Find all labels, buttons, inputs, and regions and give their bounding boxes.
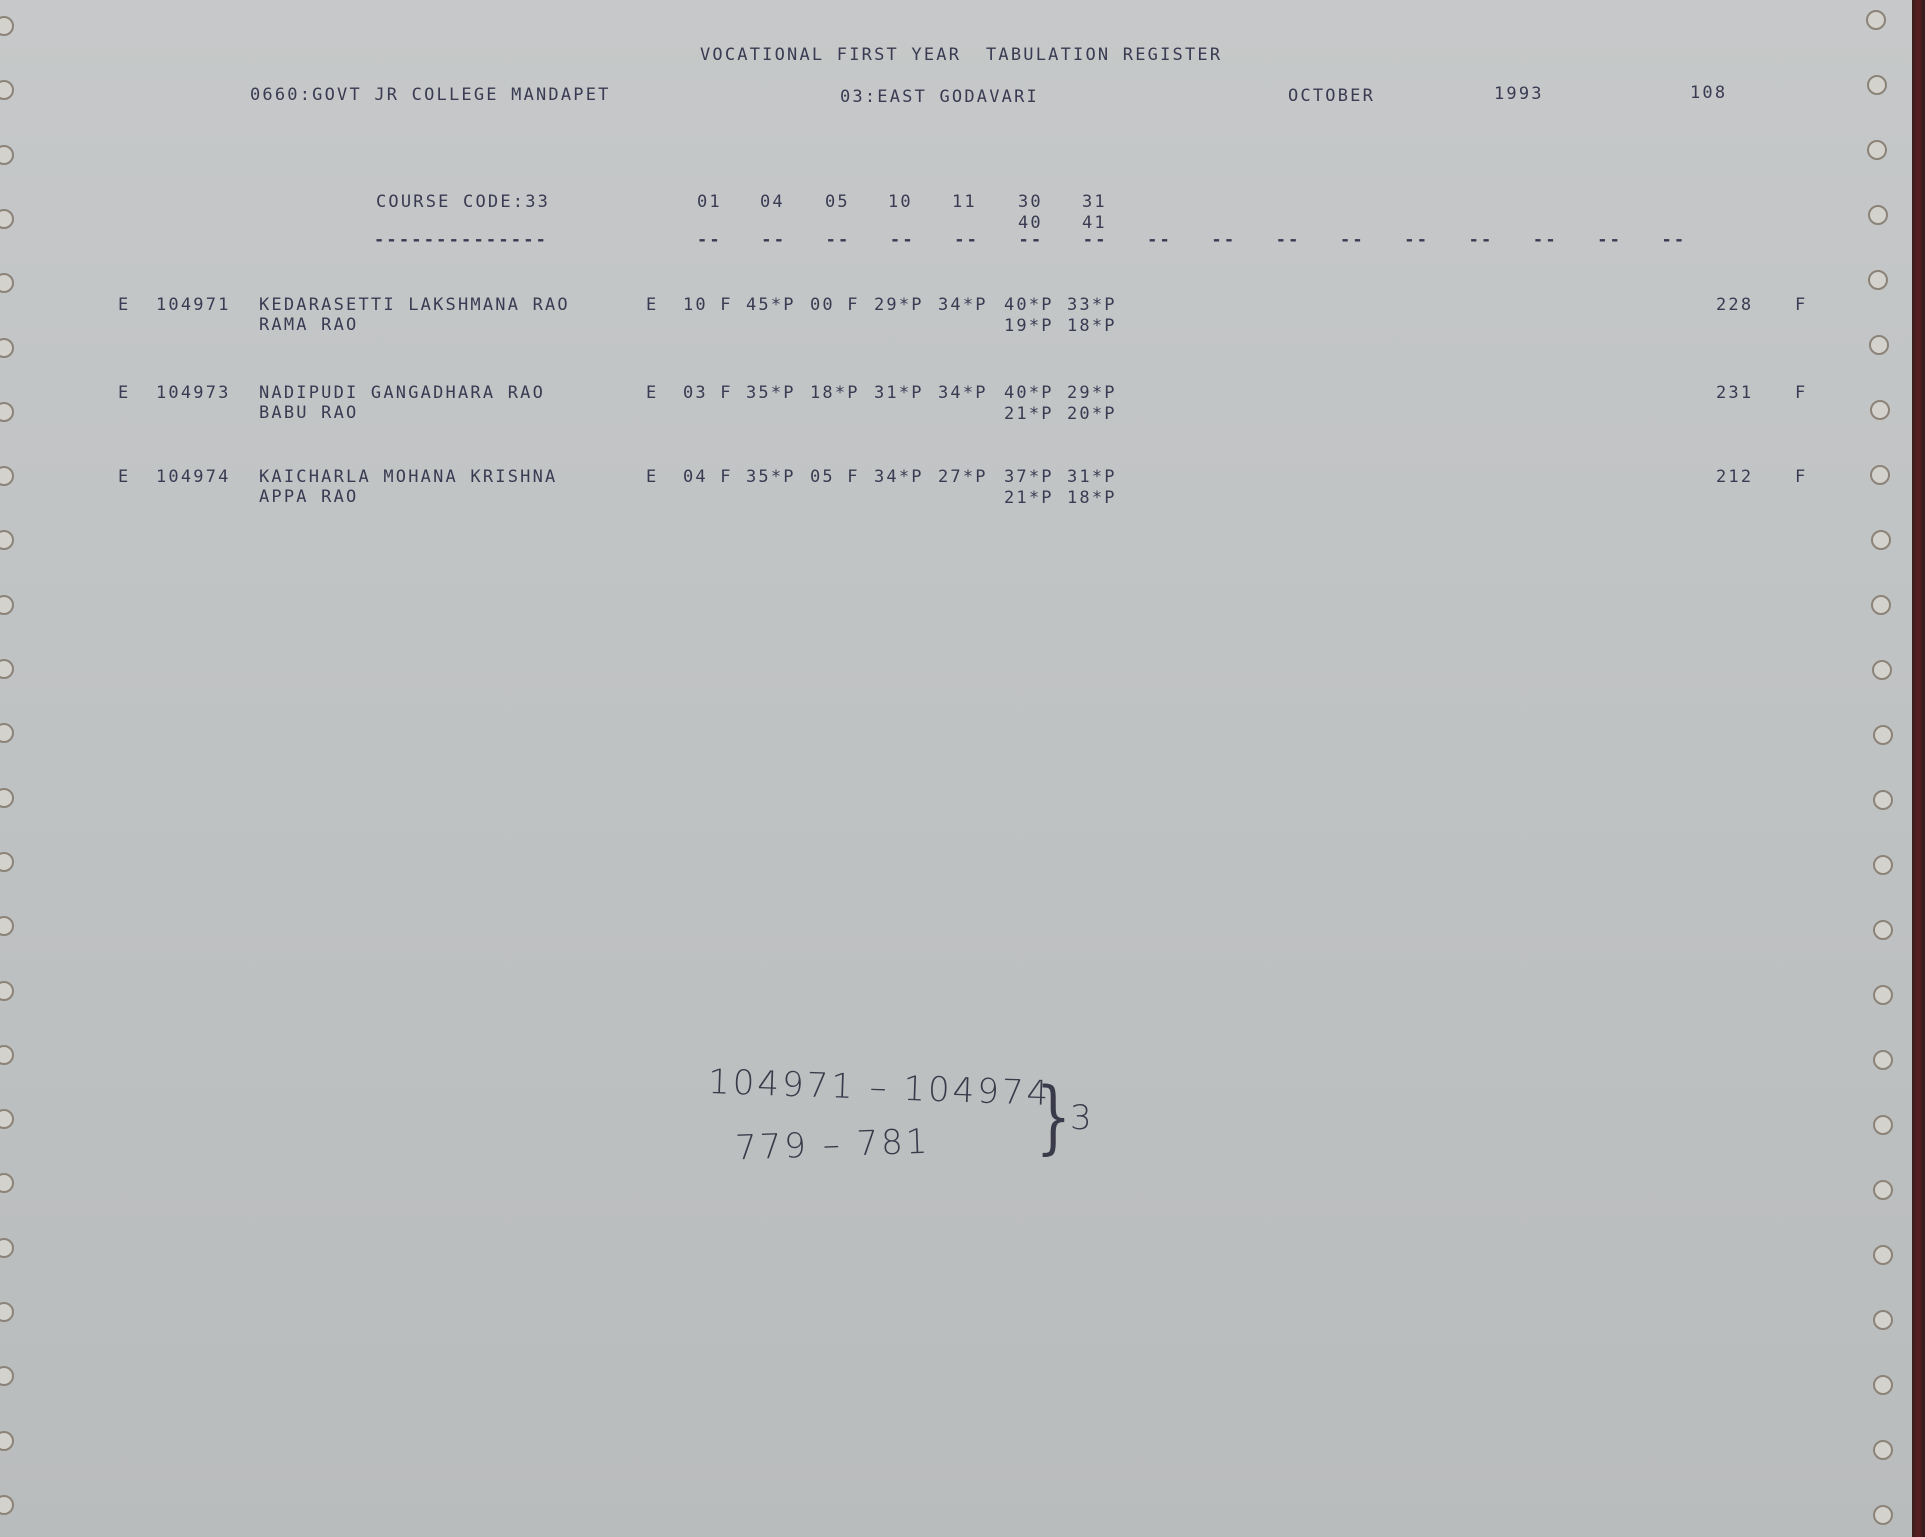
student-category: E: [118, 467, 130, 487]
feed-hole-icon: [0, 659, 14, 679]
total-marks: 231: [1716, 383, 1753, 403]
student-name: KEDARASETTI LAKSHMANA RAO: [259, 295, 570, 315]
feed-hole-icon: [1873, 1050, 1893, 1070]
feed-hole-icon: [1873, 1440, 1893, 1460]
column-dash: --: [1276, 230, 1301, 250]
subject-mark: 34*P: [938, 383, 988, 403]
feed-hole-icon: [1870, 400, 1890, 420]
subject-mark-secondary: 18*P: [1067, 488, 1117, 508]
column-dash: --: [954, 230, 979, 250]
roll-number: 104974: [156, 467, 231, 487]
subject-mark: 27*P: [938, 467, 988, 487]
feed-hole-icon: [0, 1366, 14, 1386]
column-dash: --: [890, 230, 915, 250]
feed-hole-icon: [1869, 335, 1889, 355]
handwritten-count: 3: [1070, 1098, 1095, 1138]
column-dash: --: [826, 230, 851, 250]
feed-hole-icon: [0, 273, 14, 293]
feed-hole-icon: [0, 723, 14, 743]
subject-mark: 00 F: [810, 295, 860, 315]
subject-mark: 31*P: [874, 383, 924, 403]
college-name: 0660:GOVT JR COLLEGE MANDAPET: [250, 85, 611, 105]
feed-hole-icon: [0, 16, 14, 36]
column-dash: --: [1597, 230, 1622, 250]
printout-page: VOCATIONAL FIRST YEAR TABULATION REGISTE…: [0, 0, 1912, 1537]
binder-edge: [1912, 0, 1925, 1537]
subject-mark-secondary: 20*P: [1067, 404, 1117, 424]
feed-hole-icon: [1873, 725, 1893, 745]
total-marks: 212: [1716, 467, 1753, 487]
father-name: RAMA RAO: [259, 315, 358, 335]
feed-hole-icon: [1873, 1115, 1893, 1135]
subject-code: 30: [1018, 192, 1043, 212]
total-marks: 228: [1716, 295, 1753, 315]
medium-code: E: [646, 295, 658, 315]
course-code-label: COURSE CODE:33: [376, 192, 550, 212]
feed-hole-icon: [0, 1302, 14, 1322]
feed-hole-icon: [0, 1431, 14, 1451]
subject-mark: 33*P: [1067, 295, 1117, 315]
student-name: KAICHARLA MOHANA KRISHNA: [259, 467, 557, 487]
column-dash: --: [1533, 230, 1558, 250]
result-status: F: [1795, 467, 1807, 487]
feed-hole-icon: [0, 1173, 14, 1193]
medium-code: E: [646, 383, 658, 403]
feed-hole-icon: [0, 530, 14, 550]
feed-hole-icon: [1868, 270, 1888, 290]
feed-hole-icon: [1866, 10, 1886, 30]
feed-hole-icon: [0, 916, 14, 936]
subject-mark: 31*P: [1067, 467, 1117, 487]
subject-mark: 37*P: [1004, 467, 1054, 487]
column-dash: --: [1340, 230, 1365, 250]
subject-mark: 35*P: [746, 383, 796, 403]
roll-number: 104973: [156, 383, 231, 403]
subject-code: 04: [760, 192, 785, 212]
subject-code: 01: [697, 192, 722, 212]
feed-hole-icon: [0, 1495, 14, 1515]
feed-hole-icon: [1873, 1375, 1893, 1395]
student-category: E: [118, 383, 130, 403]
feed-hole-icon: [1873, 920, 1893, 940]
subject-mark-secondary: 21*P: [1004, 488, 1054, 508]
feed-hole-icon: [1873, 1245, 1893, 1265]
feed-hole-icon: [1873, 790, 1893, 810]
subject-mark: 29*P: [1067, 383, 1117, 403]
student-name: NADIPUDI GANGADHARA RAO: [259, 383, 545, 403]
feed-hole-icon: [0, 1045, 14, 1065]
feed-hole-icon: [1871, 595, 1891, 615]
subject-mark-secondary: 18*P: [1067, 316, 1117, 336]
feed-hole-icon: [0, 80, 14, 100]
subject-mark: 35*P: [746, 467, 796, 487]
medium-code: E: [646, 467, 658, 487]
result-status: F: [1795, 383, 1807, 403]
result-status: F: [1795, 295, 1807, 315]
subject-mark: 40*P: [1004, 295, 1054, 315]
subject-mark: 18*P: [810, 383, 860, 403]
column-dash: --: [1662, 230, 1687, 250]
feed-hole-icon: [0, 788, 14, 808]
subject-mark: 34*P: [938, 295, 988, 315]
feed-hole-icon: [1873, 1505, 1893, 1525]
exam-year: 1993: [1494, 84, 1544, 104]
column-dash: --: [1083, 230, 1108, 250]
subject-mark: 04 F: [683, 467, 733, 487]
father-name: APPA RAO: [259, 487, 358, 507]
roll-number: 104971: [156, 295, 231, 315]
feed-hole-icon: [1867, 140, 1887, 160]
feed-hole-icon: [1870, 465, 1890, 485]
exam-month: OCTOBER: [1288, 86, 1375, 106]
feed-hole-icon: [0, 209, 14, 229]
subject-mark: 03 F: [683, 383, 733, 403]
district-name: 03:EAST GODAVARI: [840, 87, 1039, 107]
subject-code: 05: [825, 192, 850, 212]
feed-hole-icon: [0, 852, 14, 872]
page-number: 108: [1690, 83, 1727, 103]
column-dash: --: [697, 230, 722, 250]
feed-hole-icon: [1873, 985, 1893, 1005]
feed-hole-icon: [0, 981, 14, 1001]
subject-code: 11: [952, 192, 977, 212]
subject-mark: 40*P: [1004, 383, 1054, 403]
subject-mark-secondary: 21*P: [1004, 404, 1054, 424]
subject-code: 10: [888, 192, 913, 212]
father-name: BABU RAO: [259, 403, 358, 423]
feed-hole-icon: [0, 1109, 14, 1129]
column-dash: --: [1211, 230, 1236, 250]
feed-hole-icon: [0, 338, 14, 358]
feed-hole-icon: [1867, 75, 1887, 95]
feed-hole-icon: [1871, 530, 1891, 550]
feed-hole-icon: [0, 595, 14, 615]
feed-hole-icon: [1873, 855, 1893, 875]
subject-mark: 29*P: [874, 295, 924, 315]
subject-mark: 45*P: [746, 295, 796, 315]
column-dash: --: [1147, 230, 1172, 250]
feed-hole-icon: [1873, 1310, 1893, 1330]
feed-hole-icon: [0, 402, 14, 422]
feed-hole-icon: [0, 466, 14, 486]
subject-mark: 34*P: [874, 467, 924, 487]
handwritten-brace: }: [1036, 1070, 1072, 1163]
subject-mark: 10 F: [683, 295, 733, 315]
course-code-underline: --------------: [374, 230, 548, 250]
student-category: E: [118, 295, 130, 315]
feed-hole-icon: [1873, 1180, 1893, 1200]
feed-hole-icon: [0, 1238, 14, 1258]
feed-hole-icon: [1868, 205, 1888, 225]
subject-mark-secondary: 19*P: [1004, 316, 1054, 336]
feed-hole-icon: [1872, 660, 1892, 680]
handwritten-roll-range: 104971 – 104974: [707, 1062, 1051, 1114]
column-dash: --: [1404, 230, 1429, 250]
register-title: VOCATIONAL FIRST YEAR TABULATION REGISTE…: [700, 45, 1222, 65]
column-dash: --: [1469, 230, 1494, 250]
column-dash: --: [1019, 230, 1044, 250]
feed-hole-icon: [0, 145, 14, 165]
column-dash: --: [761, 230, 786, 250]
subject-mark: 05 F: [810, 467, 860, 487]
handwritten-serial-range: 779 – 781: [734, 1122, 931, 1169]
subject-code: 31: [1082, 192, 1107, 212]
